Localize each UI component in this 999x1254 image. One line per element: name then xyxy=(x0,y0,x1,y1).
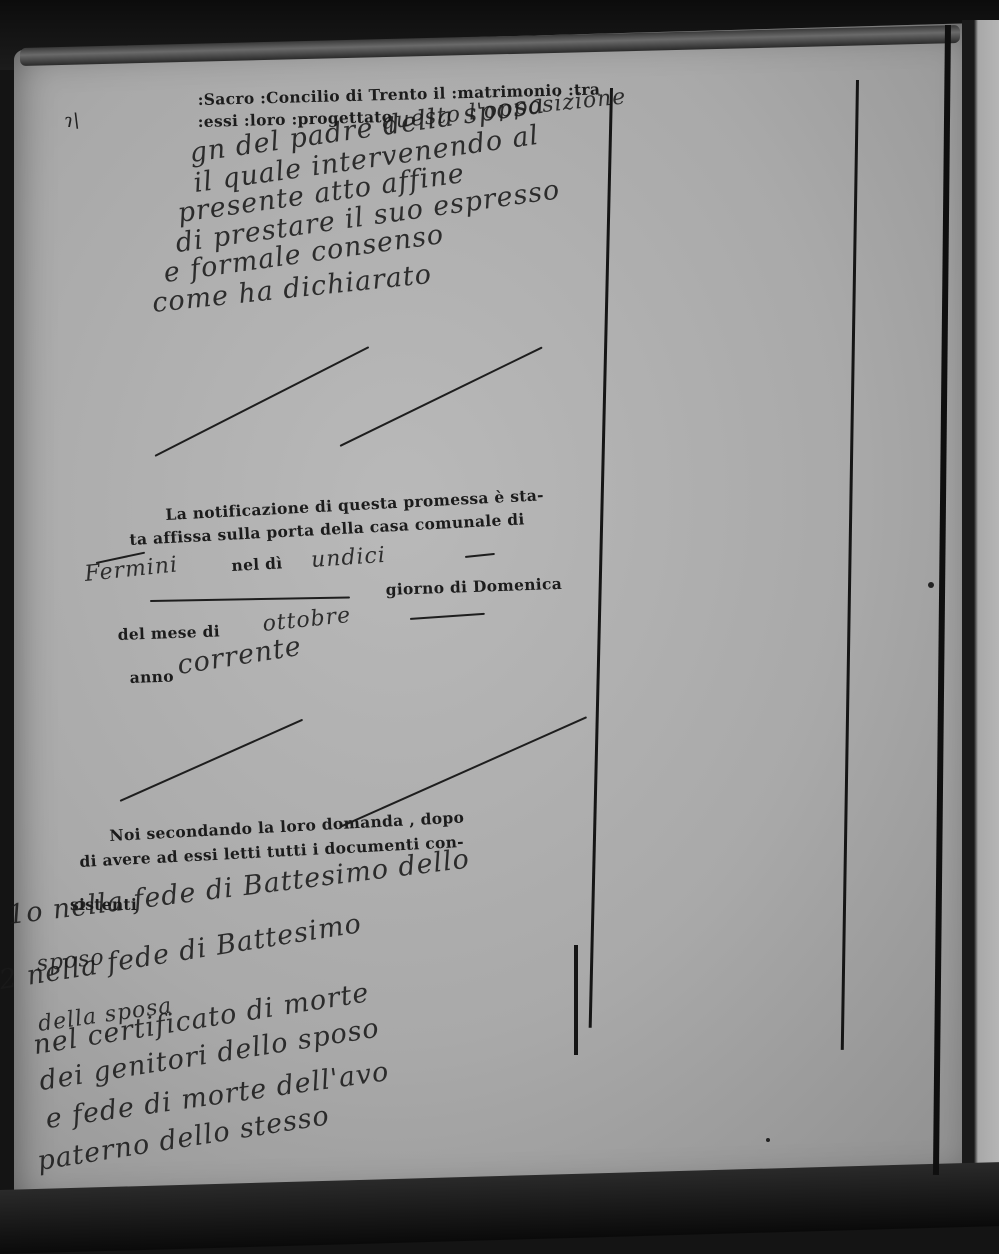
margin-mark: ɿ\ xyxy=(64,108,80,132)
printed-text: anno xyxy=(129,666,174,687)
adjacent-page-edge xyxy=(962,20,999,1180)
handwritten-day: undici xyxy=(310,543,386,573)
printed-text: del mese di xyxy=(117,621,220,644)
ink-spot xyxy=(928,582,934,588)
column-rule-left-lower xyxy=(574,945,578,1055)
printed-text: nel dì xyxy=(231,553,283,575)
ink-spot xyxy=(766,1138,770,1142)
